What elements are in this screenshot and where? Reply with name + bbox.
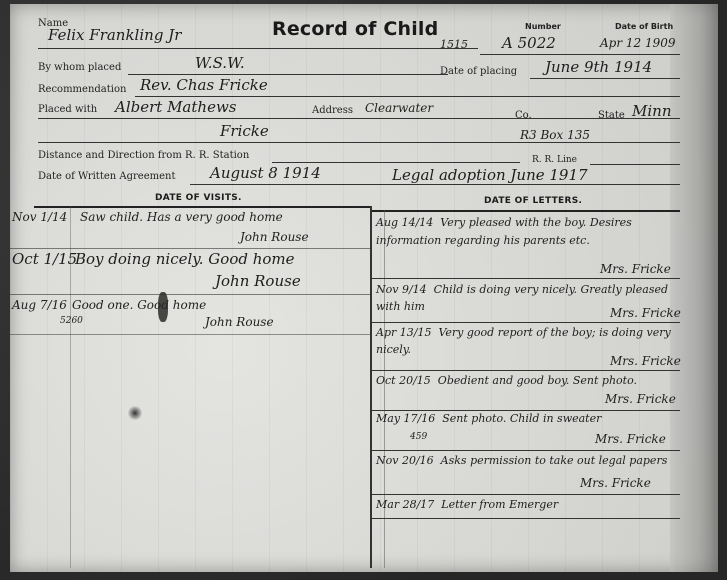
label-number: Number <box>525 22 561 31</box>
value-address: Clearwater <box>365 101 433 115</box>
letter-text: Mar 28/17 Letter from Emerger <box>376 498 558 511</box>
rule <box>590 164 680 165</box>
visit-date: Oct 1/15 <box>12 250 77 268</box>
label-co: Co. <box>515 110 532 121</box>
letter-date: Apr 13/15 <box>376 326 431 339</box>
label-date-written-agreement: Date of Written Agreement <box>38 171 175 182</box>
visit-date: Nov 1/14 <box>12 210 67 224</box>
visit-text: Good one. Good home <box>72 298 206 312</box>
value-date-written-agreement: August 8 1914 <box>210 164 321 182</box>
rule <box>372 278 680 279</box>
rule <box>10 294 370 295</box>
letter-date: Aug 14/14 <box>376 216 433 229</box>
letter-note: 459 <box>410 432 427 442</box>
value-placed-with: Albert Mathews <box>115 98 236 116</box>
rule <box>10 334 370 335</box>
rule <box>372 494 680 495</box>
letter-body: Obedient and good boy. Sent photo. <box>438 374 637 387</box>
letter-text: Nov 20/16 Asks permission to take out le… <box>376 452 676 469</box>
letter-signed: Mrs. Fricke <box>580 476 651 490</box>
rule <box>135 96 680 97</box>
visit-signed: John Rouse <box>215 272 301 290</box>
rule <box>372 370 680 371</box>
visit-signed: John Rouse <box>240 230 309 244</box>
value-address-line2: R3 Box 135 <box>520 128 590 142</box>
visit-text: Saw child. Has a very good home <box>80 210 283 224</box>
rule <box>372 210 680 212</box>
card-title: Record of Child <box>272 18 438 40</box>
rule <box>38 118 680 119</box>
label-recommendation: Recommendation <box>38 84 126 95</box>
record-card: Record of Child Name Felix Frankling Jr … <box>10 4 718 572</box>
label-rr-line: R. R. Line <box>532 155 577 165</box>
value-placed-with-line2: Fricke <box>220 122 269 140</box>
rule <box>34 206 370 208</box>
rule <box>372 322 680 323</box>
letter-signed: Mrs. Fricke <box>605 392 676 406</box>
letter-signed: Mrs. Fricke <box>595 432 666 446</box>
letter-signed: Mrs. Fricke <box>610 354 681 368</box>
letter-body: Letter from Emerger <box>441 498 558 511</box>
stain <box>128 406 142 420</box>
letter-body: Asks permission to take out legal papers <box>441 454 668 467</box>
value-agreement-note: Legal adoption June 1917 <box>392 166 588 184</box>
visit-note: 5260 <box>60 316 83 326</box>
label-date-of-placing: Date of placing <box>440 66 517 77</box>
value-date-of-placing: June 9th 1914 <box>545 58 652 76</box>
letter-date: Nov 9/14 <box>376 283 427 296</box>
letter-signed: Mrs. Fricke <box>600 262 671 276</box>
visit-date: Aug 7/16 <box>12 298 67 312</box>
rule <box>10 248 370 249</box>
rule <box>38 142 680 143</box>
rule <box>372 410 680 411</box>
value-date-of-birth: Apr 12 1909 <box>600 36 676 50</box>
value-number: A 5022 <box>502 34 556 52</box>
label-address: Address <box>312 105 353 116</box>
rule <box>128 74 448 75</box>
letter-body: Sent photo. Child in sweater <box>442 412 601 425</box>
header-date-of-letters: DATE OF LETTERS. <box>484 196 582 206</box>
card-edge-shadow <box>670 4 718 572</box>
value-by-whom-placed: W.S.W. <box>195 54 245 72</box>
letter-date: Oct 20/15 <box>376 374 431 387</box>
visit-signed: John Rouse <box>205 315 274 329</box>
rule <box>530 78 680 79</box>
visit-text: Boy doing nicely. Good home <box>75 250 295 268</box>
value-number-prefix: 1515 <box>440 38 468 51</box>
letter-text: Oct 20/15 Obedient and good boy. Sent ph… <box>376 372 676 389</box>
label-state: State <box>598 110 625 121</box>
letter-date: Nov 20/16 <box>376 454 434 467</box>
rule <box>480 54 680 55</box>
rule <box>272 162 520 163</box>
header-date-of-visits: DATE OF VISITS. <box>155 193 242 203</box>
letter-text: May 17/16 Sent photo. Child in sweater <box>376 412 601 425</box>
rule <box>372 450 680 451</box>
letter-text: Apr 13/15 Very good report of the boy; i… <box>376 324 676 358</box>
letter-date: Mar 28/17 <box>376 498 434 511</box>
margin-rule <box>384 210 385 568</box>
rule <box>372 518 680 519</box>
value-recommendation: Rev. Chas Fricke <box>140 76 268 94</box>
label-by-whom-placed: By whom placed <box>38 62 121 73</box>
rule <box>190 184 680 185</box>
ink-blot <box>158 292 168 322</box>
label-distance-direction: Distance and Direction from R. R. Statio… <box>38 150 249 161</box>
value-name: Felix Frankling Jr <box>48 26 181 44</box>
column-divider <box>370 206 372 568</box>
rule <box>38 48 478 49</box>
label-placed-with: Placed with <box>38 104 97 115</box>
letter-text: Aug 14/14 Very pleased with the boy. Des… <box>376 214 676 250</box>
letter-signed: Mrs. Fricke <box>610 306 681 320</box>
label-date-of-birth: Date of Birth <box>615 22 673 31</box>
letter-date: May 17/16 <box>376 412 435 425</box>
